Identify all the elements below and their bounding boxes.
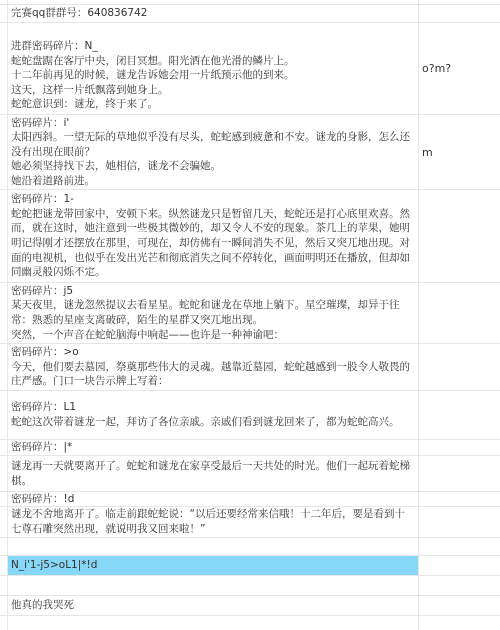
cell-a-fragment-4[interactable]: 密码碎片：j5 某天夜里，谜龙忽然提议去看星星。蛇蛇和谜龙在草地上躺下。星空璀璨… xyxy=(8,283,418,343)
cell-a-fragment-7[interactable]: 密码碎片：|* xyxy=(8,440,418,455)
cell-a-empty[interactable] xyxy=(8,538,418,555)
sheet-row[interactable]: 密码碎片：i' 太阳西斜。一望无际的草地似乎没有尽头，蛇蛇感到疲惫和不安。谜龙的… xyxy=(0,115,500,190)
cell-a-empty[interactable] xyxy=(8,576,418,595)
row-gutter xyxy=(0,576,8,595)
row-gutter xyxy=(0,440,8,455)
row-gutter xyxy=(0,283,8,343)
sheet-row-password[interactable]: N_i'1-j5>oL1|*!d xyxy=(0,556,500,576)
sheet-row[interactable]: 密码碎片：>o 今天，他们要去墓园，祭奠那些伟大的灵魂。越靠近墓园，蛇蛇越感到一… xyxy=(0,344,500,391)
cell-a-story-7[interactable]: 谜龙再一天就要离开了。蛇蛇和谜龙在家享受最后一天共处的时光。他们一起玩着蛇梯棋。 xyxy=(8,456,418,491)
cell-a-empty[interactable] xyxy=(8,616,418,630)
cell-b[interactable] xyxy=(418,538,500,555)
cell-b[interactable] xyxy=(418,456,500,491)
sheet-row-empty[interactable] xyxy=(0,538,500,556)
sheet-row[interactable]: 进群密码碎片：N_ 蛇蛇盘踞在客厅中央，闭目冥想。阳光洒在他光滑的鳞片上。 十二… xyxy=(0,23,500,115)
row-gutter xyxy=(0,391,8,439)
sheet-row[interactable]: 密码碎片：1- 蛇蛇把谜龙带回家中，安顿下来。纵然谜龙只是暂留几天，蛇蛇还是打心… xyxy=(0,190,500,283)
sheet-row[interactable]: 完赛qq群群号：640836742 xyxy=(0,5,500,23)
cell-b[interactable] xyxy=(418,0,500,4)
cell-a-fragment-1[interactable]: 进群密码碎片：N_ 蛇蛇盘踞在客厅中央，闭目冥想。阳光洒在他光滑的鳞片上。 十二… xyxy=(8,23,418,114)
cell-b[interactable] xyxy=(418,190,500,282)
cell-a-fragment-5[interactable]: 密码碎片：>o 今天，他们要去墓园，祭奠那些伟大的灵魂。越靠近墓园，蛇蛇越感到一… xyxy=(8,344,418,390)
sheet-row[interactable]: 谜龙再一天就要离开了。蛇蛇和谜龙在家享受最后一天共处的时光。他们一起玩着蛇梯棋。 xyxy=(0,456,500,492)
cell-b[interactable] xyxy=(418,556,500,575)
cell-b[interactable] xyxy=(418,391,500,439)
row-gutter xyxy=(0,507,8,537)
sheet-row-empty[interactable] xyxy=(0,576,500,596)
cell-b[interactable] xyxy=(418,5,500,22)
cell-a-fragment-6[interactable]: 密码碎片：L1 蛇蛇这次带着谜龙一起，拜访了各位亲戚。亲戚们看到谜龙回来了，都为… xyxy=(8,391,418,439)
row-gutter xyxy=(0,115,8,189)
cell-b[interactable] xyxy=(418,596,500,615)
row-gutter xyxy=(0,23,8,114)
cell-b-hint[interactable]: o?m? xyxy=(418,23,500,114)
row-gutter xyxy=(0,556,8,575)
cell-a-comment[interactable]: 他真的我哭死 xyxy=(8,596,418,615)
sheet-row[interactable]: 密码碎片：L1 蛇蛇这次带着谜龙一起，拜访了各位亲戚。亲戚们看到谜龙回来了，都为… xyxy=(0,391,500,440)
cell-b[interactable] xyxy=(418,576,500,595)
sheet-row[interactable]: 密码碎片：j5 某天夜里，谜龙忽然提议去看星星。蛇蛇和谜龙在草地上躺下。星空璀璨… xyxy=(0,283,500,344)
row-gutter xyxy=(0,190,8,282)
row-gutter xyxy=(0,456,8,491)
cell-a-group-number[interactable]: 完赛qq群群号：640836742 xyxy=(8,5,418,22)
cell-b[interactable] xyxy=(418,507,500,537)
cell-b-hint[interactable]: m xyxy=(418,115,500,189)
sheet-row[interactable]: 他真的我哭死 xyxy=(0,596,500,616)
cell-a-fragment-2[interactable]: 密码碎片：i' 太阳西斜。一望无际的草地似乎没有尽头，蛇蛇感到疲惫和不安。谜龙的… xyxy=(8,115,418,189)
cell-a-story-8[interactable]: 谜龙不舍地离开了。临走前跟蛇蛇说：“以后还要经常来信哦！十二年后，要是看到十七尊… xyxy=(8,507,418,537)
sheet-row[interactable]: 密码碎片：|* xyxy=(0,440,500,456)
row-gutter xyxy=(0,5,8,22)
row-gutter xyxy=(0,344,8,390)
row-gutter xyxy=(0,492,8,506)
spreadsheet: 完赛qq群群号：640836742 进群密码碎片：N_ 蛇蛇盘踞在客厅中央，闭目… xyxy=(0,0,500,630)
sheet-row[interactable]: 密码碎片：!d xyxy=(0,492,500,507)
sheet-row[interactable]: 谜龙不舍地离开了。临走前跟蛇蛇说：“以后还要经常来信哦！十二年后，要是看到十七尊… xyxy=(0,507,500,538)
row-gutter xyxy=(0,538,8,555)
sheet-row-empty[interactable] xyxy=(0,616,500,630)
cell-b[interactable] xyxy=(418,616,500,630)
cell-b[interactable] xyxy=(418,283,500,343)
cell-b[interactable] xyxy=(418,344,500,390)
cell-a-fragment-8[interactable]: 密码碎片：!d xyxy=(8,492,418,506)
cell-a-full-password[interactable]: N_i'1-j5>oL1|*!d xyxy=(8,556,418,575)
cell-b[interactable] xyxy=(418,492,500,506)
row-gutter xyxy=(0,0,8,4)
row-gutter xyxy=(0,596,8,615)
cell-a-fragment-3[interactable]: 密码碎片：1- 蛇蛇把谜龙带回家中，安顿下来。纵然谜龙只是暂留几天，蛇蛇还是打心… xyxy=(8,190,418,282)
row-gutter xyxy=(0,616,8,630)
cell-b[interactable] xyxy=(418,440,500,455)
